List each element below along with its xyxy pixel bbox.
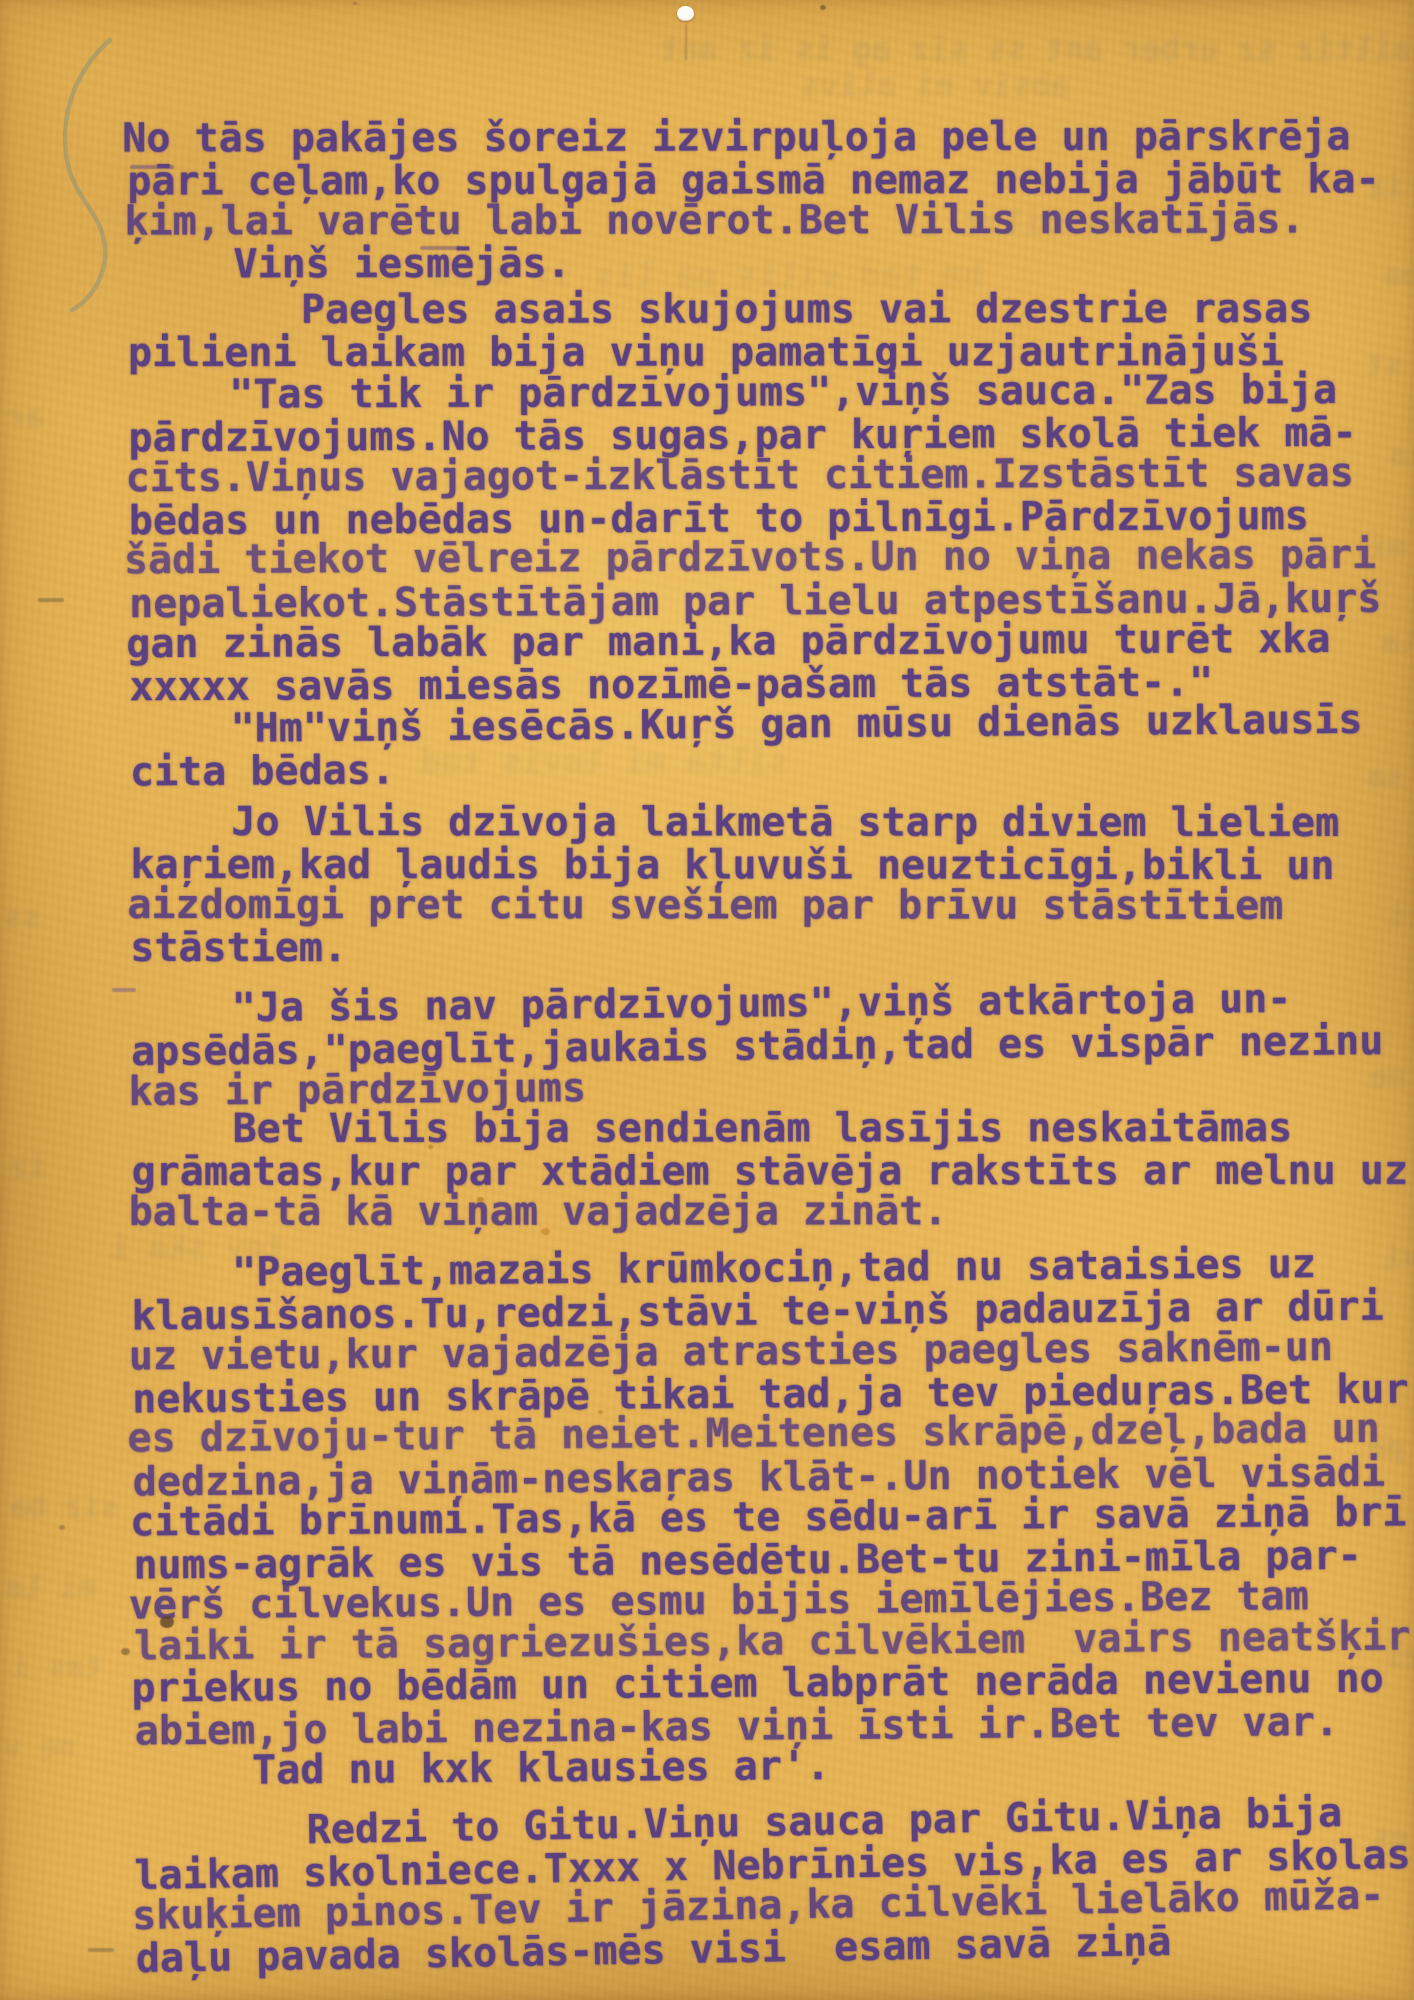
typewritten-line: kaŗiem,kad ļaudis bija kļuvuši neuzticīg… — [130, 844, 1414, 887]
typewritten-line: balta-tā kā viņam vajadzēja zināt. — [129, 1190, 1414, 1233]
bleed-through-text: mi la — [6, 1570, 96, 1605]
paragraph: Bet Vilis bija sendienām lasījis neskait… — [129, 1107, 1414, 1233]
typewritten-text: No tās pakājes šoreiz izvirpuļoja pele u… — [124, 115, 1414, 1971]
ink-stain-speck — [59, 1525, 65, 1530]
paragraph: "Paeglīt,mazais krūmkociņ,tad nu sataisi… — [128, 1243, 1414, 1793]
typewritten-line: Paegles asais skujojums vai dzestrie ras… — [123, 289, 1409, 332]
bleed-through-text: absiv ni alivs — [800, 66, 1070, 104]
typewritten-line: cita bēdas. — [130, 742, 1414, 794]
paragraph: Redzi to Gitu.Viņu sauca par Gitu.Viņa b… — [130, 1791, 1414, 1978]
paragraph: Paegles asais skujojums vai dzestrie ras… — [125, 289, 1411, 373]
paragraph: No tās pakājes šoreiz izvirpuļoja pele u… — [124, 116, 1410, 284]
bleed-through-mark: iz — [10, 1150, 46, 1185]
typewritten-line: Bet Vilis bija sendienām lasījis neskait… — [127, 1107, 1413, 1150]
bleed-through-text: ne v — [4, 1730, 76, 1765]
ink-stain-speck — [121, 1648, 130, 1656]
paragraph: "Tas tik ir pārdzīvojums",viņš sauca."Za… — [125, 370, 1412, 708]
ink-stain-speck — [353, 2, 357, 5]
ink-stain-speck — [820, 5, 826, 10]
hole-scratch — [685, 24, 687, 60]
typewritten-line: Jo Vilis dzīvoja laikmetā starp diviem l… — [125, 802, 1411, 845]
bleed-through-text: ailtiz sz urber ant ss siz ag is iz ant — [660, 30, 1411, 68]
bleed-through-mark: ss — [4, 900, 40, 935]
typewritten-manuscript-page: No tās pakājes šoreiz izvirpuļoja pele u… — [0, 0, 1414, 2000]
bleed-through-text: tas i — [12, 1650, 102, 1685]
margin-dash — [88, 1948, 114, 1952]
typewritten-line: gan zinās labāk par mani,ka pārdzīvojumu… — [126, 619, 1412, 666]
typewritten-line: ķim,lai varētu labi novērot.Bet Vilis ne… — [124, 199, 1410, 243]
typewritten-line: Viņš iesmējās. — [127, 242, 1413, 286]
paragraph: "Ja šis nav pārdzīvojums",viņš atkārtoja… — [128, 978, 1414, 1114]
paragraph: "Hm"viņš iesēcās.Kuŗš gan mūsu dienās uz… — [126, 699, 1413, 792]
typewritten-line: Tad nu kxk klausies ar'. — [130, 1741, 1414, 1793]
margin-dash — [38, 598, 64, 602]
typewritten-line: šādi tiekot vēlreiz pārdzīvots.Un no viņ… — [124, 535, 1410, 582]
typewritten-line: grāmatas,kur par xtādiem stāvēja rakstīt… — [132, 1150, 1414, 1193]
bleed-through-mark: ar — [8, 400, 44, 435]
punch-hole — [677, 6, 694, 21]
bleed-through-text: siz ba — [10, 1490, 118, 1525]
typewritten-line: stāstiem. — [130, 927, 1414, 970]
typewritten-line: aizdomīgi pret citu svešiem par brīvu st… — [127, 885, 1413, 928]
typewritten-line: No tās pakājes šoreiz izvirpuļoja pele u… — [122, 116, 1408, 160]
paragraph: Jo Vilis dzīvoja laikmetā starp diviem l… — [127, 802, 1413, 969]
